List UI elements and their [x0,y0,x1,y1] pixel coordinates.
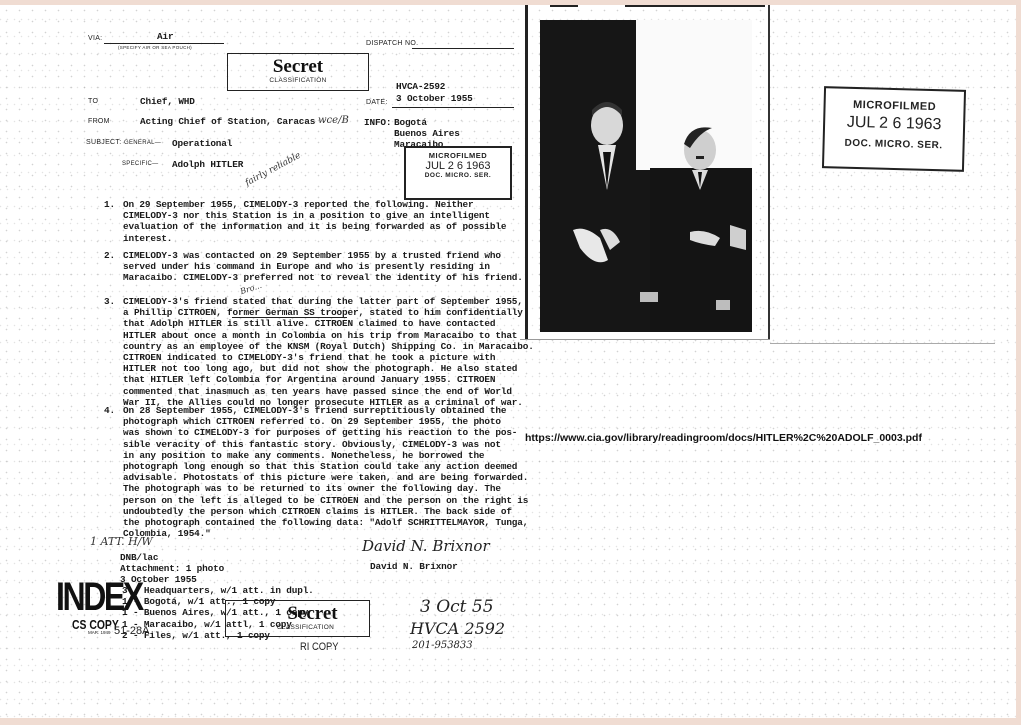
via-underline [104,43,224,44]
handwritten-note-reliable: fairly reliable [244,151,303,189]
classification-label: CLASSIFICATION [242,624,369,631]
paragraph-1: On 29 September 1955, CIMELODY-3 reporte… [123,199,506,244]
date-value: 3 October 1955 [396,93,473,104]
dispatch-no-label: DISPATCH NO. [366,40,418,47]
microfilmed-stamp-right: MICROFILMED JUL 2 6 1963 DOC. MICRO. SER… [822,86,966,172]
from-value: Acting Chief of Station, Caracas [140,116,315,127]
para-3-number: 3. [104,296,115,307]
specific-value: Adolph HITLER [172,159,243,170]
para-line: CIMELODY-3's friend stated that during t… [123,296,534,307]
para-line: interest. [123,233,506,244]
signature-handwritten: David N. Brixnor [362,537,490,555]
to-label: TO [88,98,98,105]
photo-bottom-rule [520,339,770,340]
para-line: On 28 September 1955, CIMELODY-3's frien… [123,405,528,416]
specific-label: SPECIFIC— [122,161,158,167]
para-line: evaluation of the information and it is … [123,221,506,232]
para-line: in any position to make any comments. No… [123,450,528,461]
para-line: was shown to CIMELODY-3 for purposes of … [123,427,528,438]
cs-copy-sub: MAR. 1949 [88,630,111,635]
para-line: The photograph was to be returned to its… [123,483,528,494]
stamp-title: MICROFILMED [406,151,510,160]
attachment-line: Attachment: 1 photo [120,563,224,574]
microfilmed-stamp-left: MICROFILMED JUL 2 6 1963 DOC. MICRO. SER… [404,146,512,200]
info-label: INFO: [364,117,391,128]
para-line: undoubtedly the person which CITROEN cla… [123,506,528,517]
para-line: HITLER about once a month in Colombia on… [123,330,534,341]
subject-label: SUBJECT: [86,139,121,146]
general-value: Operational [172,138,232,149]
ri-copy-stamp: RI COPY [300,641,338,653]
form-number: 51-28A [114,625,149,637]
classification-label: CLASSIFICATION [228,77,368,84]
photo-frame-top-left [550,5,578,7]
photo-frame-top-right [625,5,765,7]
para-line: the photograph contained the following d… [123,517,528,528]
via-sublabel: (SPECIFY AIR OR SEA POUCH) [118,45,192,50]
handwritten-attachment-note: 1 ATT. H/W [90,535,153,548]
stamp-footer: DOC. MICRO. SER. [406,172,510,179]
page-rule-right [770,343,995,344]
handwritten-ref: HVCA 2592 [410,619,505,638]
general-label: GENERAL— [124,140,161,146]
para-line: photograph which CITROEN referred to. On… [123,416,528,427]
document-page: VIA: Air (SPECIFY AIR OR SEA POUCH) DISP… [0,5,1016,718]
para-line: CIMELODY-3 was contacted on 29 September… [123,250,523,261]
handwritten-date: 3 Oct 55 [420,597,494,617]
classification-word: Secret [256,604,369,624]
para-line: person on the left is alleged to be CITR… [123,495,528,506]
para-line: advisable. Photostats of this picture we… [123,472,528,483]
para-4-number: 4. [104,405,115,416]
via-label: VIA: [88,35,102,42]
info-value-1: Bogotá [394,117,427,128]
para-line: that HITLER left Colombia for Argentina … [123,374,534,385]
paragraph-3: CIMELODY-3's friend stated that during t… [123,296,534,408]
via-value: Air [157,31,173,42]
para-line: photograph long enough so that this Stat… [123,461,528,472]
to-value: Chief, WHD [140,96,195,107]
from-label: FROM [88,118,110,125]
para-line: commented that inasmuch as ten years hav… [123,386,534,397]
index-stamp: INDEX [56,575,142,620]
date-label: DATE: [366,99,388,106]
stamp-title: MICROFILMED [825,98,963,114]
date-underline [392,107,514,108]
attached-photograph [540,20,752,332]
para-line: sible veracity of this fantastic story. … [123,439,528,450]
underline-ss-trooper [232,317,347,318]
para-line: CITROEN indicated to CIMELODY-3's friend… [123,352,534,363]
classification-word: Secret [228,57,368,77]
para-line: country as an employee of the KNSM (Roya… [123,341,534,352]
info-value-2: Buenos Aires [394,128,460,139]
paragraph-2: CIMELODY-3 was contacted on 29 September… [123,250,523,284]
para-line: that Adolph HITLER is still alive. CITRO… [123,318,534,329]
classification-box-top: Secret CLASSIFICATION [227,53,369,91]
paragraph-4: On 28 September 1955, CIMELODY-3's frien… [123,405,528,539]
dispatch-number: HVCA-2592 [396,81,445,92]
stamp-date: JUL 2 6 1963 [406,160,510,172]
distribution-item: 3 - Headquarters, w/1 att. in dupl. [122,585,314,596]
para-1-number: 1. [104,199,115,210]
para-line: Maracaibo. CIMELODY-3 preferred not to r… [123,272,523,283]
handwritten-file-number: 201-953833 [412,640,473,651]
para-line: served under his command in Europe and w… [123,261,523,272]
two-seated-men-figure [540,20,752,332]
para-line: CIMELODY-3 nor this Station is in a posi… [123,210,506,221]
para-line: HITLER not too long ago, but did not sho… [123,363,534,374]
signature-typed: David N. Brixnor [370,561,458,572]
classification-box-bottom: Secret CLASSIFICATION [225,600,370,637]
dispatch-no-underline [412,48,514,49]
para-2-number: 2. [104,250,115,261]
para-line: On 29 September 1955, CIMELODY-3 reporte… [123,199,506,210]
source-url[interactable]: https://www.cia.gov/library/readingroom/… [525,432,922,444]
stamp-date: JUL 2 6 1963 [825,113,963,135]
from-handwritten: wce/B [318,115,349,126]
dispatch-memo: VIA: Air (SPECIFY AIR OR SEA POUCH) DISP… [0,5,520,718]
initials: DNB/lac [120,552,158,563]
stamp-footer: DOC. MICRO. SER. [824,137,962,152]
